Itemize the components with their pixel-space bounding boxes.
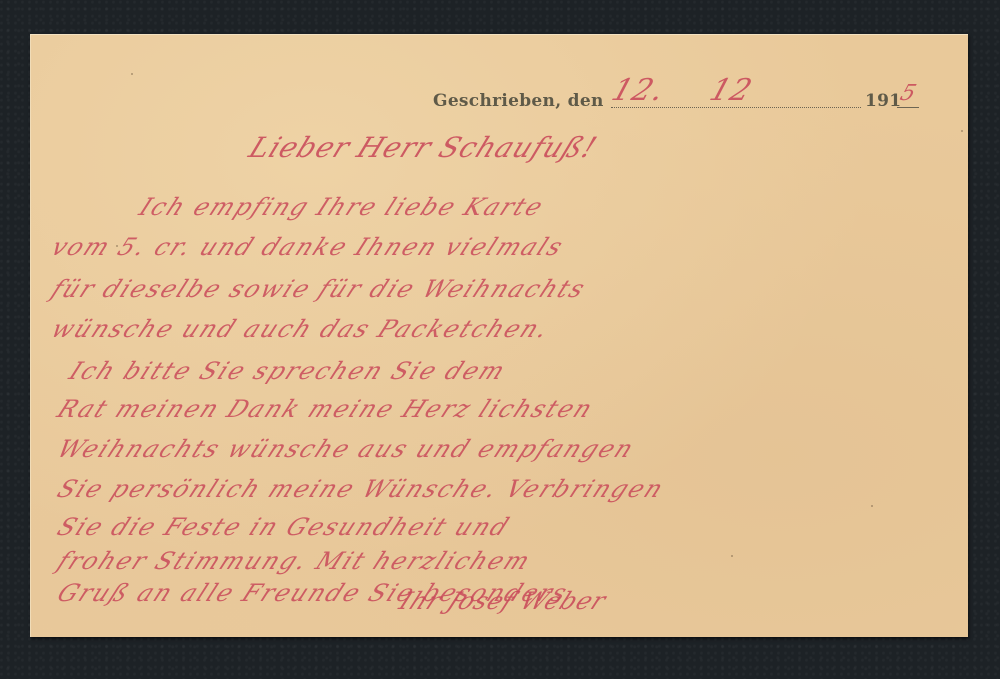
paper-speck bbox=[961, 130, 963, 132]
letter-line: wünsche und auch das Packetchen. bbox=[47, 315, 555, 343]
paper-speck bbox=[871, 505, 873, 507]
letter-line: Sie die Feste in Gesundheit und bbox=[53, 513, 515, 541]
letter-line: Rat meinen Dank meine Herz lichsten bbox=[53, 395, 599, 423]
letter-line: vom 5. cr. und danke Ihnen vielmals bbox=[47, 233, 569, 261]
paper-speck bbox=[731, 555, 733, 557]
letter-line: Ich empfing Ihre liebe Karte bbox=[135, 193, 549, 221]
letter-body: Ich empfing Ihre liebe Karte vom 5. cr. … bbox=[31, 35, 968, 637]
paper-speck bbox=[116, 245, 118, 247]
paper-speck bbox=[501, 415, 503, 417]
letter-line: Weihnachts wünsche aus und empfangen bbox=[53, 435, 640, 463]
letter-line: für dieselbe sowie für die Weihnachts bbox=[47, 275, 591, 303]
letter-line: Sie persönlich meine Wünsche. Verbringen bbox=[53, 475, 670, 503]
signature: Ihr Josef Weber bbox=[395, 587, 612, 615]
letter-line: Ich bitte Sie sprechen Sie dem bbox=[65, 357, 511, 385]
letter-line: froher Stimmung. Mit herzlichem bbox=[53, 547, 536, 575]
paper-speck bbox=[131, 73, 133, 75]
postcard: Geschrieben, den 191 12. 12 5 Lieber Her… bbox=[30, 34, 968, 637]
